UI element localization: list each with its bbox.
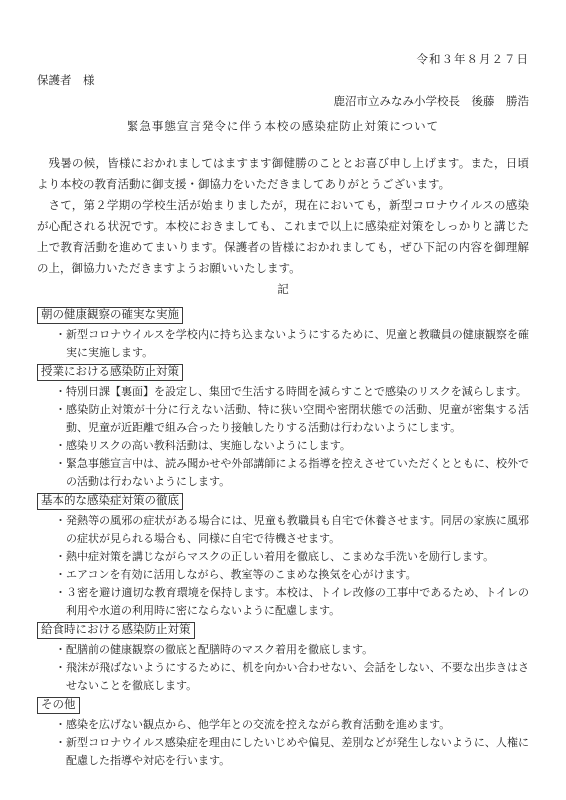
list-item: ・新型コロナウイルスを学校内に持ち込まないようにするために、児童と教職員の健康観… <box>55 326 529 362</box>
bullet-icon: ・ <box>55 566 66 584</box>
section-heading: 授業における感染防止対策 <box>37 364 183 381</box>
record-mark: 記 <box>37 280 529 301</box>
list-item-text: 感染を広げない観点から、他学年との交流を控えながら教育活動を進めます。 <box>66 719 450 731</box>
section-list: ・特別日課【裏面】を設定し、集団で生活する時間を減らすことで感染のリスクを減らし… <box>37 383 529 491</box>
section-heading: 基本的な感染症対策の徹底 <box>37 493 183 510</box>
list-item: ・発熱等の風邪の症状がある場合には、児童も教職員も自宅で休養させます。同居の家族… <box>55 512 529 548</box>
section-list: ・感染を広げない観点から、他学年との交流を控えながら教育活動を進めます。 ・新型… <box>37 716 529 770</box>
section-list: ・発熱等の風邪の症状がある場合には、児童も教職員も自宅で休養させます。同居の家族… <box>37 512 529 620</box>
list-item: ・熱中症対策を講じながらマスクの正しい着用を徹底し、こまめな手洗いを励行します。 <box>55 548 529 566</box>
list-item-text: 熱中症対策を講じながらマスクの正しい着用を徹底し、こまめな手洗いを励行します。 <box>66 551 494 563</box>
list-item: ・特別日課【裏面】を設定し、集団で生活する時間を減らすことで感染のリスクを減らし… <box>55 383 529 401</box>
section-lunch-infection-prevention: 給食時における感染防止対策 ・配膳前の健康観察の徹底と配膳時のマスク着用を徹底し… <box>37 620 529 695</box>
list-item: ・配膳前の健康観察の徹底と配膳時のマスク着用を徹底します。 <box>55 641 529 659</box>
section-heading: 給食時における感染防止対策 <box>37 622 195 639</box>
bullet-icon: ・ <box>55 401 66 419</box>
list-item-text: エアコンを有効に活用しながら、教室等のこまめな換気を心がけます。 <box>66 569 417 581</box>
document-title: 緊急事態宣言発令に伴う本校の感染症防止対策について <box>37 117 529 138</box>
list-item: ・感染防止対策が十分に行えない活動、特に狭い空間や密閉状態での活動、児童が密集す… <box>55 401 529 437</box>
addressee: 保護者 様 <box>37 71 529 92</box>
bullet-icon: ・ <box>55 326 66 344</box>
list-item: ・感染を広げない観点から、他学年との交流を控えながら教育活動を進めます。 <box>55 716 529 734</box>
section-other: その他 ・感染を広げない観点から、他学年との交流を控えながら教育活動を進めます。… <box>37 695 529 770</box>
bullet-icon: ・ <box>55 437 66 455</box>
bullet-icon: ・ <box>55 383 66 401</box>
document-date: 令和３年８月２７日 <box>37 50 529 71</box>
section-heading: 朝の健康観察の確実な実施 <box>37 307 183 324</box>
bullet-icon: ・ <box>55 641 66 659</box>
bullet-icon: ・ <box>55 455 66 473</box>
list-item: ・緊急事態宣言中は、読み聞かせや外部講師による指導を控えさせていただくとともに、… <box>55 455 529 491</box>
sender-signature: 鹿沼市立みなみ小学校長 後藤 勝浩 <box>37 92 529 113</box>
list-item-text: 飛沫が飛ばないようにするために、机を向かい合わせない、会話をしない、不要な出歩き… <box>66 662 529 692</box>
section-basic-countermeasures: 基本的な感染症対策の徹底 ・発熱等の風邪の症状がある場合には、児童も教職員も自宅… <box>37 491 529 620</box>
list-item-text: 配膳前の健康観察の徹底と配膳時のマスク着用を徹底します。 <box>66 644 373 656</box>
list-item-text: 特別日課【裏面】を設定し、集団で生活する時間を減らすことで感染のリスクを減らしま… <box>66 386 527 398</box>
list-item: ・３密を避け適切な教育環境を保持します。本校は、トイレ改修の工事中であるため、ト… <box>55 584 529 620</box>
bullet-icon: ・ <box>55 659 66 677</box>
list-item: ・新型コロナウイルス感染症を理由にしたいじめや偏見、差別などが発生しないように、… <box>55 734 529 770</box>
document-page: 令和３年８月２７日 保護者 様 鹿沼市立みなみ小学校長 後藤 勝浩 緊急事態宣言… <box>0 0 566 800</box>
list-item-text: ３密を避け適切な教育環境を保持します。本校は、トイレ改修の工事中であるため、トイ… <box>66 587 529 617</box>
bullet-icon: ・ <box>55 548 66 566</box>
bullet-icon: ・ <box>55 734 66 752</box>
bullet-icon: ・ <box>55 512 66 530</box>
section-list: ・配膳前の健康観察の徹底と配膳時のマスク着用を徹底します。 ・飛沫が飛ばないよう… <box>37 641 529 695</box>
section-heading: その他 <box>37 697 80 714</box>
list-item: ・エアコンを有効に活用しながら、教室等のこまめな換気を心がけます。 <box>55 566 529 584</box>
list-item-text: 発熱等の風邪の症状がある場合には、児童も教職員も自宅で休養させます。同居の家族に… <box>66 515 529 545</box>
section-class-infection-prevention: 授業における感染防止対策 ・特別日課【裏面】を設定し、集団で生活する時間を減らす… <box>37 362 529 491</box>
list-item-text: 感染防止対策が十分に行えない活動、特に狭い空間や密閉状態での活動、児童が密集する… <box>66 404 529 434</box>
list-item: ・感染リスクの高い教科活動は、実施しないようにします。 <box>55 437 529 455</box>
bullet-icon: ・ <box>55 584 66 602</box>
body-paragraph: さて，第２学期の学校生活が始まりましたが，現在においても，新型コロナウイルスの感… <box>37 196 529 280</box>
list-item-text: 感染リスクの高い教科活動は、実施しないようにします。 <box>66 440 351 452</box>
section-list: ・新型コロナウイルスを学校内に持ち込まないようにするために、児童と教職員の健康観… <box>37 326 529 362</box>
section-morning-health-check: 朝の健康観察の確実な実施 ・新型コロナウイルスを学校内に持ち込まないようにするた… <box>37 305 529 362</box>
list-item-text: 新型コロナウイルス感染症を理由にしたいじめや偏見、差別などが発生しないように、人… <box>66 737 529 767</box>
greeting-paragraph: 残暑の候，皆様におかれましてはますます御健勝のこととお喜び申し上げます。また，日… <box>37 154 529 196</box>
bullet-icon: ・ <box>55 716 66 734</box>
list-item-text: 緊急事態宣言中は、読み聞かせや外部講師による指導を控えさせていただくとともに、校… <box>66 458 529 488</box>
list-item: ・飛沫が飛ばないようにするために、机を向かい合わせない、会話をしない、不要な出歩… <box>55 659 529 695</box>
list-item-text: 新型コロナウイルスを学校内に持ち込まないようにするために、児童と教職員の健康観察… <box>66 329 529 359</box>
